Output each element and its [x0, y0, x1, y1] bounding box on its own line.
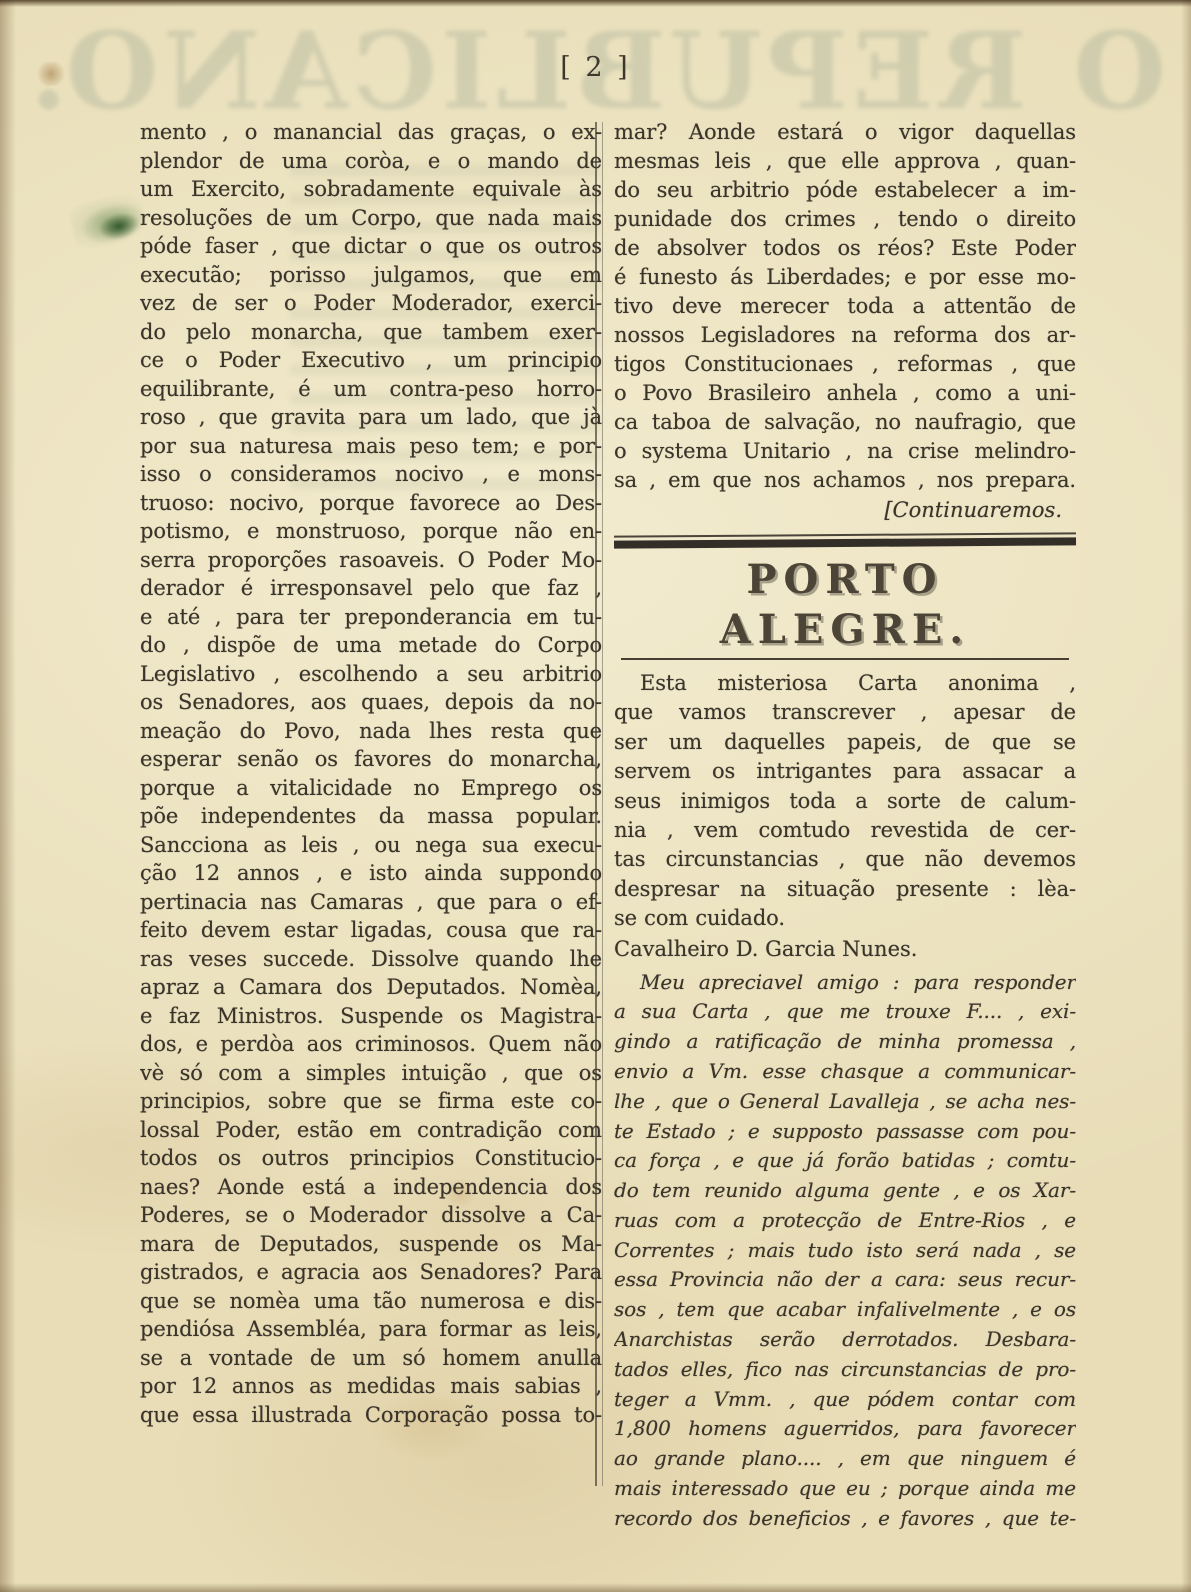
text-line: Anarchistas serão derrotados. Desbara- [614, 1325, 1076, 1355]
text-line: vez de ser o Poder Moderador, exerci- [140, 289, 602, 318]
text-line: ção 12 annos , e isto ainda suppondo [140, 859, 602, 888]
right-column: mar? Aonde estará o vigor daquellasmesma… [614, 118, 1076, 1534]
text-line: que se nomèa uma tão numerosa e dis- [140, 1287, 602, 1316]
text-line: põe independentes da massa popular. [140, 802, 602, 831]
text-line: que vamos transcrever , apesar de [614, 698, 1076, 727]
text-line: vè só com a simples intuição , que os [140, 1059, 602, 1088]
text-line: apraz a Camara dos Deputados. Nomèa, [140, 973, 602, 1002]
section-intro-text: Esta misteriosa Carta anonima ,que vamos… [614, 669, 1076, 934]
text-line: potismo, e monstruoso, porque não en- [140, 517, 602, 546]
text-line: o systema Unitario , na crise melindro- [614, 437, 1076, 466]
text-line: recordo dos beneficios , e favores , que… [614, 1504, 1076, 1534]
text-line: tados elles, fico nas circunstancias de … [614, 1355, 1076, 1385]
text-line: sa , em que nos achamos , nos prepara. [614, 466, 1076, 495]
text-line: punidade dos crimes , tendo o direito [614, 205, 1076, 234]
text-line: dos, e perdòa aos criminosos. Quem não [140, 1030, 602, 1059]
text-line: teger a Vmm. , que pódem contar com [614, 1385, 1076, 1415]
text-line: Legislativo , escolhendo a seu arbitrio [140, 660, 602, 689]
text-line: nia , vem comtudo revestida de cer- [614, 816, 1076, 845]
text-line: tigos Constitucionaes , reformas , que [614, 350, 1076, 379]
text-line: do seu arbitrio póde estabelecer a im- [614, 176, 1076, 205]
text-line: Correntes ; mais tudo isto será nada , s… [614, 1236, 1076, 1266]
section-heading: PORTO ALEGRE. [614, 555, 1076, 655]
text-line: 1,800 homens aguerridos, para favorecer [614, 1414, 1076, 1444]
text-line: lossal Poder, estão em contradição com [140, 1116, 602, 1145]
text-line: executão; porisso julgamos, que em [140, 261, 602, 290]
text-line: de absolver todos os réos? Este Poder [614, 234, 1076, 263]
text-line: isso o consideramos nocivo , e mons- [140, 460, 602, 489]
text-line: gistrados, e agracia aos Senadores? Para [140, 1258, 602, 1287]
text-line: porque a vitalicidade no Emprego os [140, 774, 602, 803]
text-line: ca taboa de salvação, no naufragio, que [614, 408, 1076, 437]
text-line: tas circunstancias , que não devemos [614, 845, 1076, 874]
text-line: ce o Poder Executivo , um principio [140, 346, 602, 375]
text-line: mara de Deputados, suspende os Ma- [140, 1230, 602, 1259]
text-line: plendor de uma coròa, e o mando de [140, 147, 602, 176]
text-line: derador é irresponsavel pelo que faz , [140, 574, 602, 603]
paper-stain [36, 62, 66, 86]
text-line: meação do Povo, nada lhes resta que [140, 717, 602, 746]
text-line: e até , para ter preponderancia em tu- [140, 603, 602, 632]
text-line: ser um daquelles papeis, de que se [614, 728, 1076, 757]
text-line: te Estado ; e supposto passasse com pou- [614, 1117, 1076, 1147]
text-line: lhe , que o General Lavalleja , se acha … [614, 1087, 1076, 1117]
text-line: do , dispõe de uma metade do Corpo [140, 631, 602, 660]
article-continuation-text: mar? Aonde estará o vigor daquellasmesma… [614, 118, 1076, 495]
text-line: se a vontade de um só homem anulla [140, 1344, 602, 1373]
letter-salutation: Cavalheiro D. Garcia Nunes. [614, 934, 1076, 964]
text-line: do pelo monarcha, que tambem exer- [140, 318, 602, 347]
text-line: ao grande plano.... , em que ninguem é [614, 1444, 1076, 1474]
heading-underline-rule [621, 658, 1069, 661]
text-line: o Povo Brasileiro anhela , como a uni- [614, 379, 1076, 408]
left-column-text: mento , o manancial das graças, o ex-ple… [140, 118, 602, 1429]
text-line: mar? Aonde estará o vigor daquellas [614, 118, 1076, 147]
page-number: [ 2 ] [0, 52, 1191, 83]
text-line: e faz Ministros. Suspende os Magistra- [140, 1002, 602, 1031]
text-line: do tem reunido alguma gente , e os Xar- [614, 1176, 1076, 1206]
text-line: mesmas leis , que elle approva , quan- [614, 147, 1076, 176]
text-line: essa Provincia não der a cara: seus recu… [614, 1265, 1076, 1295]
text-line: pendiósa Assembléa, para formar as leis, [140, 1315, 602, 1344]
text-line: roso , que gravita para um lado, que jà [140, 403, 602, 432]
continuation-note: [Continuaremos. [614, 495, 1076, 525]
text-line: Esta misteriosa Carta anonima , [614, 669, 1076, 698]
text-line: feito devem estar ligadas, cousa que ra- [140, 916, 602, 945]
text-line: naes? Aonde está a independencia dos [140, 1173, 602, 1202]
text-line: nossos Legisladores na reforma dos ar- [614, 321, 1076, 350]
section-separator-rule [614, 532, 1076, 548]
text-line: tivo deve merecer toda a attentão de [614, 292, 1076, 321]
text-line: pertinacia nas Camaras , que para o ef- [140, 888, 602, 917]
green-ink-smudge [67, 190, 150, 254]
text-line: um Exercito, sobradamente equivale às [140, 175, 602, 204]
text-line: se com cuidado. [614, 904, 1076, 933]
text-line: que essa illustrada Corporação possa to- [140, 1401, 602, 1430]
text-line: todos os outros principios Constitucio- [140, 1144, 602, 1173]
text-line: os Senadores, aos quaes, depois da no- [140, 688, 602, 717]
text-line: gindo a ratificação de minha promessa , [614, 1027, 1076, 1057]
text-line: por sua naturesa mais peso tem; e por- [140, 432, 602, 461]
text-line: Poderes, se o Moderador dissolve a Ca- [140, 1201, 602, 1230]
text-line: equilibrante, é um contra-peso horro- [140, 375, 602, 404]
text-line: póde faser , que dictar o que os outros [140, 232, 602, 261]
text-line: despresar na situação presente : lèa- [614, 875, 1076, 904]
text-line: servem os intrigantes para assacar a [614, 757, 1076, 786]
text-line: sos , tem que acabar infalivelmente , e … [614, 1295, 1076, 1325]
text-line: resoluções de um Corpo, que nada mais [140, 204, 602, 233]
text-line: principios, sobre que se firma este co- [140, 1087, 602, 1116]
letter-body-text: Meu apreciavel amigo : para respondera s… [614, 968, 1076, 1534]
text-line: seus inimigos toda a sorte de calum- [614, 787, 1076, 816]
text-line: mais interessado que eu ; porque ainda m… [614, 1474, 1076, 1504]
text-line: esperar senão os favores do monarcha, [140, 745, 602, 774]
text-line: serra proporções rasoaveis. O Poder Mo- [140, 546, 602, 575]
text-line: Meu apreciavel amigo : para responder [614, 968, 1076, 998]
text-line: Sancciona as leis , ou nega sua execu- [140, 831, 602, 860]
text-line: ras veses succede. Dissolve quando lhe [140, 945, 602, 974]
text-line: mento , o manancial das graças, o ex- [140, 118, 602, 147]
text-line: truoso: nocivo, porque favorece ao Des- [140, 489, 602, 518]
text-line: ca força , e que já forão batidas ; comt… [614, 1146, 1076, 1176]
text-line: é funesto ás Liberdades; e por esse mo- [614, 263, 1076, 292]
text-line: a sua Carta , que me trouxe F.... , exi- [614, 997, 1076, 1027]
newspaper-page-scan: O REPUBLICANO. [ 2 ] mento , o manancial… [0, 0, 1191, 1592]
text-line: por 12 annos as medidas mais sabias , [140, 1372, 602, 1401]
separator-thick-bar [614, 537, 1076, 548]
text-line: envio a Vm. esse chasque a communicar- [614, 1057, 1076, 1087]
text-line: ruas com a protecção de Entre-Rios , e [614, 1206, 1076, 1236]
